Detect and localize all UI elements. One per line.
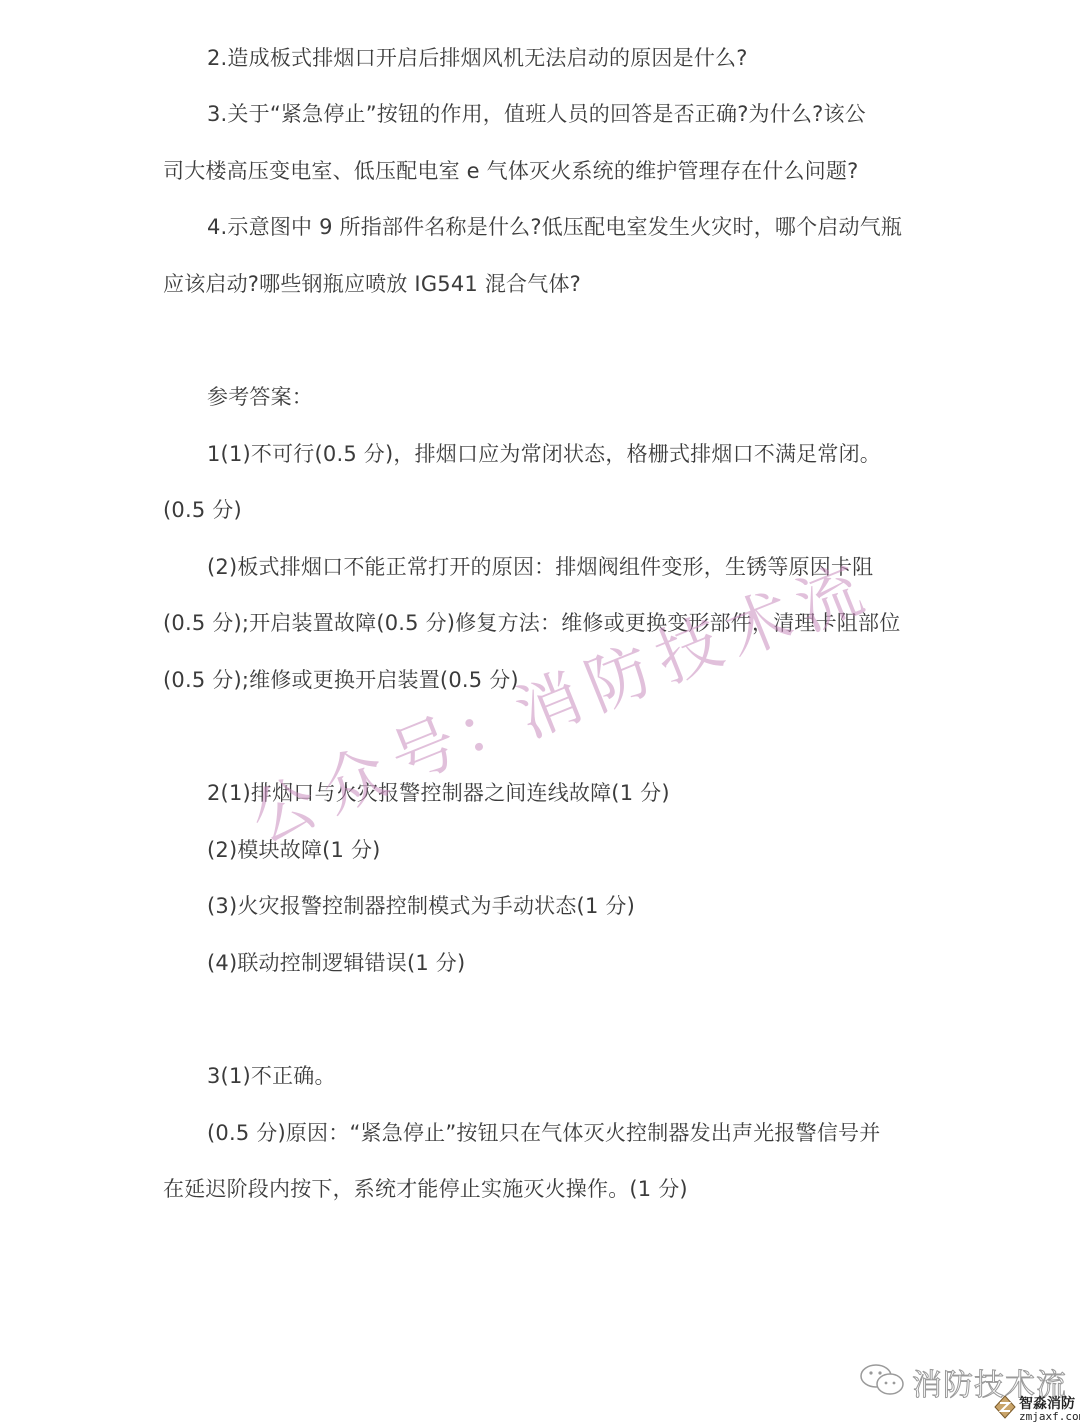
answer-2-4: (4)联动控制逻辑错误(1 分) <box>207 949 465 977</box>
logo-url: zmjaxf.com <box>1019 1410 1080 1423</box>
watermark-char: 众 <box>305 721 399 830</box>
answer-2-1: 2(1)排烟口与火灾报警控制器之间连线故障(1 分) <box>207 779 670 807</box>
footer-brand: 消防技术流 智淼消防 zmjaxf.com <box>858 1360 1078 1420</box>
answer-1-2-line-1: (2)板式排烟口不能正常打开的原因：排烟阀组件变形，生锈等原因卡阻 <box>207 553 873 581</box>
answer-1-2-line-3: (0.5 分);维修或更换开启装置(0.5 分) <box>163 666 519 694</box>
site-logo: 智淼消防 zmjaxf.com <box>994 1393 1080 1423</box>
logo-mark-icon <box>994 1395 1016 1419</box>
answer-2-2: (2)模块故障(1 分) <box>207 836 381 864</box>
question-3-line-2: 司大楼高压变电室、低压配电室 e 气体灭火系统的维护管理存在什么问题? <box>163 157 858 185</box>
watermark-char: 技 <box>640 591 734 700</box>
question-4-line-1: 4.示意图中 9 所指部件名称是什么?低压配电室发生火灾时，哪个启动气瓶 <box>207 213 902 241</box>
question-3-line-1: 3.关于“紧急停止”按钮的作用，值班人员的回答是否正确?为什么?该公 <box>207 100 866 128</box>
answer-1-1-line-1: 1(1)不可行(0.5 分)，排烟口应为常闭状态，格栅式排烟口不满足常闭。 <box>207 440 881 468</box>
wechat-icon <box>858 1362 908 1398</box>
answers-heading: 参考答案： <box>207 383 313 411</box>
watermark: 公 众 号 ： 消 防 技 术 流 <box>230 560 910 860</box>
question-4-line-2: 应该启动?哪些钢瓶应喷放 IG541 混合气体? <box>163 270 581 298</box>
question-2: 2.造成板式排烟口开启后排烟风机无法启动的原因是什么? <box>207 44 748 72</box>
answer-2-3: (3)火灾报警控制器控制模式为手动状态(1 分) <box>207 892 635 920</box>
answer-1-2-line-2: (0.5 分);开启装置故障(0.5 分)修复方法：维修或更换变形部件，清理卡阻… <box>163 609 900 637</box>
document-page: 2.造成板式排烟口开启后排烟风机无法启动的原因是什么? 3.关于“紧急停止”按钮… <box>0 0 1080 1424</box>
answer-3-2-line-1: (0.5 分)原因：“紧急停止”按钮只在气体灭火控制器发出声光报警信号并 <box>207 1119 880 1147</box>
answer-3-2-line-2: 在延迟阶段内按下，系统才能停止实施灭火操作。(1 分) <box>163 1175 688 1203</box>
answer-3-1: 3(1)不正确。 <box>207 1062 336 1090</box>
watermark-char: 消 <box>500 646 594 755</box>
answer-1-1-line-2: (0.5 分) <box>163 496 242 524</box>
